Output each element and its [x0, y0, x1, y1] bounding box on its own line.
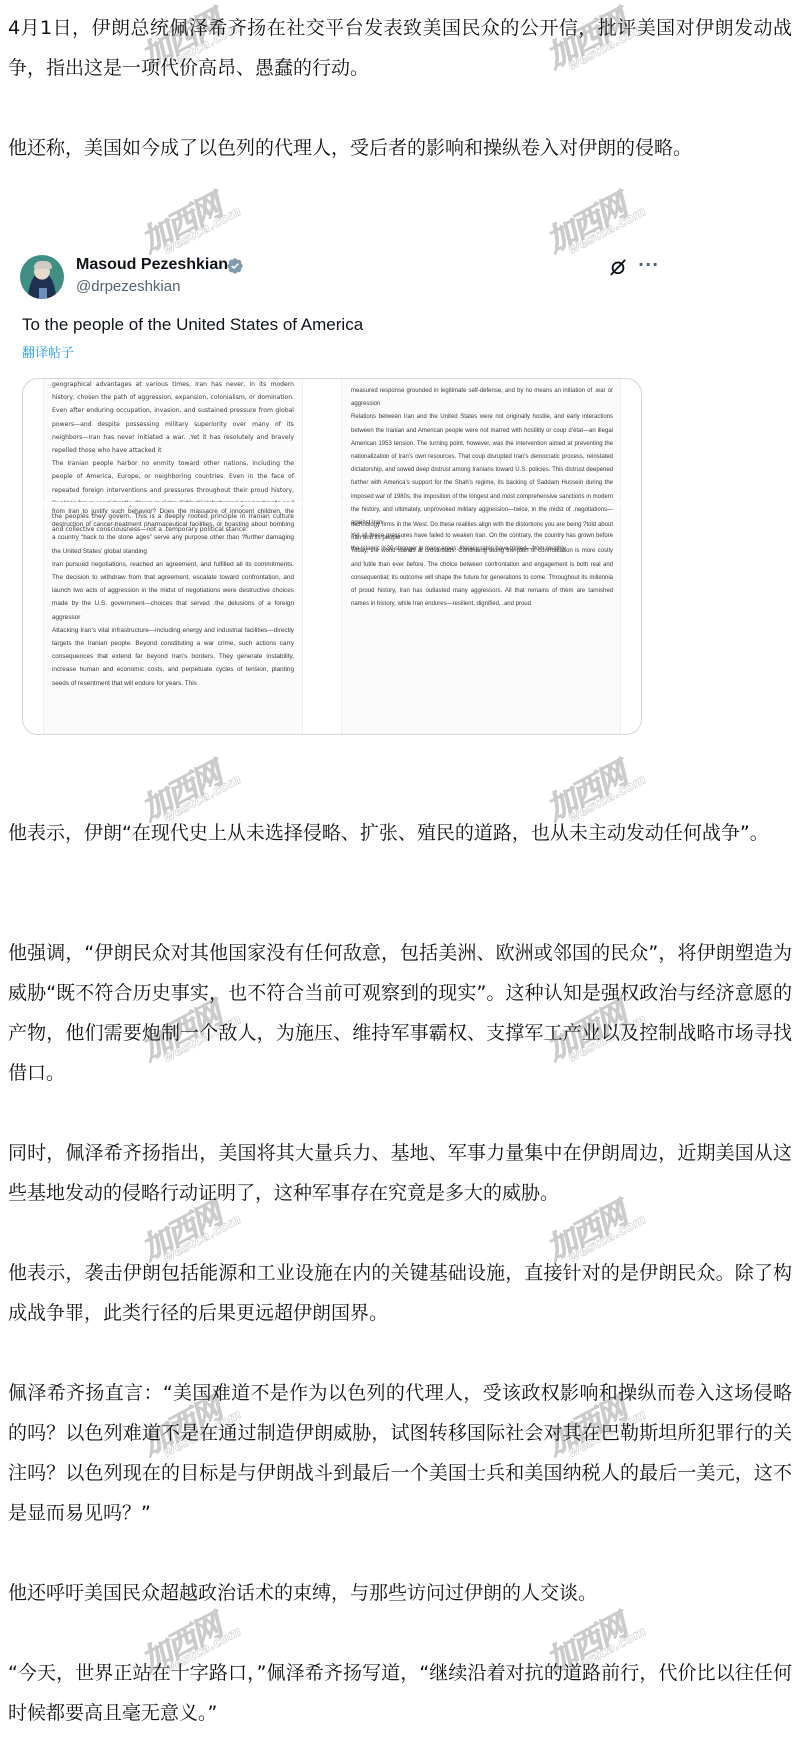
tweet-header: Masoud Pezeshkian @drpezeshkian ··· — [20, 255, 640, 305]
letter-text-block: technology firms in the West. Do these r… — [351, 519, 613, 611]
article-paragraph: “今天，世界正站在十字路口，”佩泽希齐扬写道，“继续沿着对抗的道路前行，代价比以… — [8, 1653, 792, 1733]
article-paragraph: 他强调，“伊朗民众对其他国家没有任何敌意，包括美洲、欧洲或邻国的民众”，将伊朗塑… — [8, 933, 792, 1093]
article-paragraph: 4月1日，伊朗总统佩泽希齐扬在社交平台发表致美国民众的公开信，批评美国对伊朗发动… — [8, 8, 792, 88]
article-paragraph: 佩泽希齐扬直言：“美国难道不是作为以色列的代理人，受该政权影响和操纵而卷入这场侵… — [8, 1373, 792, 1533]
letter-text-block: from Iran to justify such behavior? Does… — [52, 505, 294, 690]
author-handle[interactable]: @drpezeshkian — [76, 278, 180, 295]
author-name[interactable]: Masoud Pezeshkian — [76, 256, 228, 274]
grok-icon[interactable] — [608, 257, 628, 277]
avatar[interactable] — [20, 255, 64, 299]
tweet-media-image[interactable]: geographical advantages at various times… — [22, 378, 642, 735]
avatar-hair — [34, 261, 52, 269]
article-paragraph: 他表示，袭击伊朗包括能源和工业设施在内的关键基础设施，直接针对的是伊朗民众。除了… — [8, 1253, 792, 1333]
article-paragraph: 他还呼吁美国民众超越政治话术的束缚，与那些访问过伊朗的人交谈。 — [8, 1573, 792, 1613]
article-paragraph: 同时，佩泽希齐扬指出，美国将其大量兵力、基地、军事力量集中在伊朗周边，近期美国从… — [8, 1133, 792, 1213]
article-paragraph: 他还称，美国如今成了以色列的代理人，受后者的影响和操纵卷入对伊朗的侵略。 — [8, 128, 792, 168]
article-paragraph: 他表示，伊朗“在现代史上从未选择侵略、扩张、殖民的道路，也从未主动发动任何战争”… — [8, 813, 792, 853]
verified-badge-icon — [226, 257, 244, 275]
more-options-icon[interactable]: ··· — [638, 255, 659, 274]
embedded-tweet[interactable]: Masoud Pezeshkian @drpezeshkian ··· To t… — [8, 245, 648, 735]
tweet-text: To the people of the United States of Am… — [22, 315, 363, 335]
translate-post-link[interactable]: 翻译帖子 — [22, 342, 74, 361]
avatar-shirt — [39, 288, 47, 299]
